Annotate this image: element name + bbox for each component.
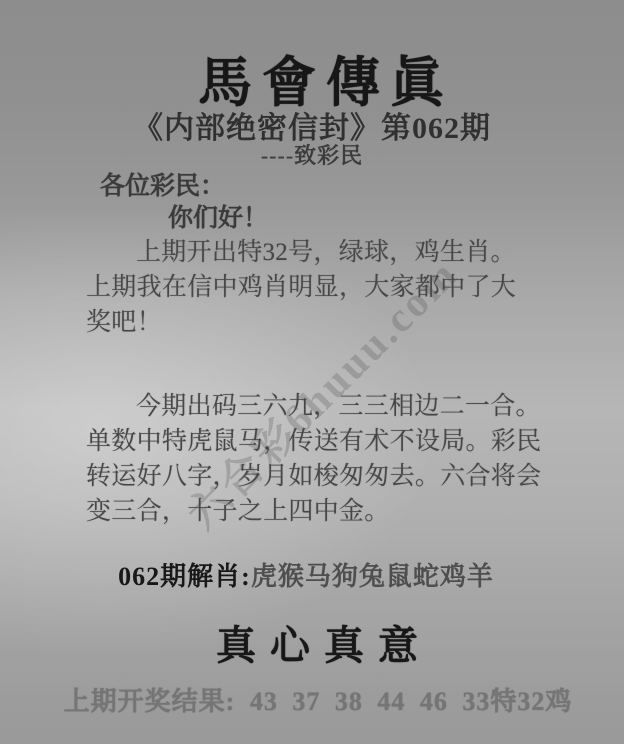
zodiac-hint-label: 062期解肖: (118, 562, 251, 591)
dedication-line: ----致彩民 (0, 139, 624, 170)
paragraph-line: 今期出码三六九，三三相边二一合。 (86, 389, 560, 424)
zodiac-hint-line: 062期解肖:虎猴马狗兔鼠蛇鸡羊 (0, 556, 618, 593)
paragraph-line: 上期我在信中鸡肖明显，大家都中了大 (86, 270, 560, 305)
fax-letter-page: 六合彩6huuu.com 馬會傳眞 《内部绝密信封》第062期 ----致彩民 … (0, 0, 624, 744)
hello-line: 你们好！ (168, 198, 268, 234)
paragraph-current-tip: 今期出码三六九，三三相边二一合。 单数中特虎鼠马，传送有术不设局。彩民 转运好八… (86, 389, 560, 529)
signature-line: 真心真意 (12, 614, 624, 671)
paragraph-line: 转运好八字，岁月如梭匆匆去。六合将会 (86, 459, 560, 494)
previous-result-line: 上期开奖结果: 43 37 38 44 46 33特32鸡 (6, 681, 624, 718)
zodiac-hint-value: 虎猴马狗兔鼠蛇鸡羊 (251, 562, 494, 591)
greeting-line: 各位彩民： (100, 166, 225, 202)
paragraph-line: 奖吧！ (86, 305, 560, 340)
paragraph-line: 变三合，十子之上四中金。 (86, 494, 560, 529)
paragraph-line: 单数中特虎鼠马，传送有术不设局。彩民 (86, 424, 560, 459)
paragraph-line: 上期开出特32号，绿球，鸡生肖。 (86, 235, 560, 270)
paragraph-previous-draw: 上期开出特32号，绿球，鸡生肖。 上期我在信中鸡肖明显，大家都中了大 奖吧！ (86, 235, 560, 340)
